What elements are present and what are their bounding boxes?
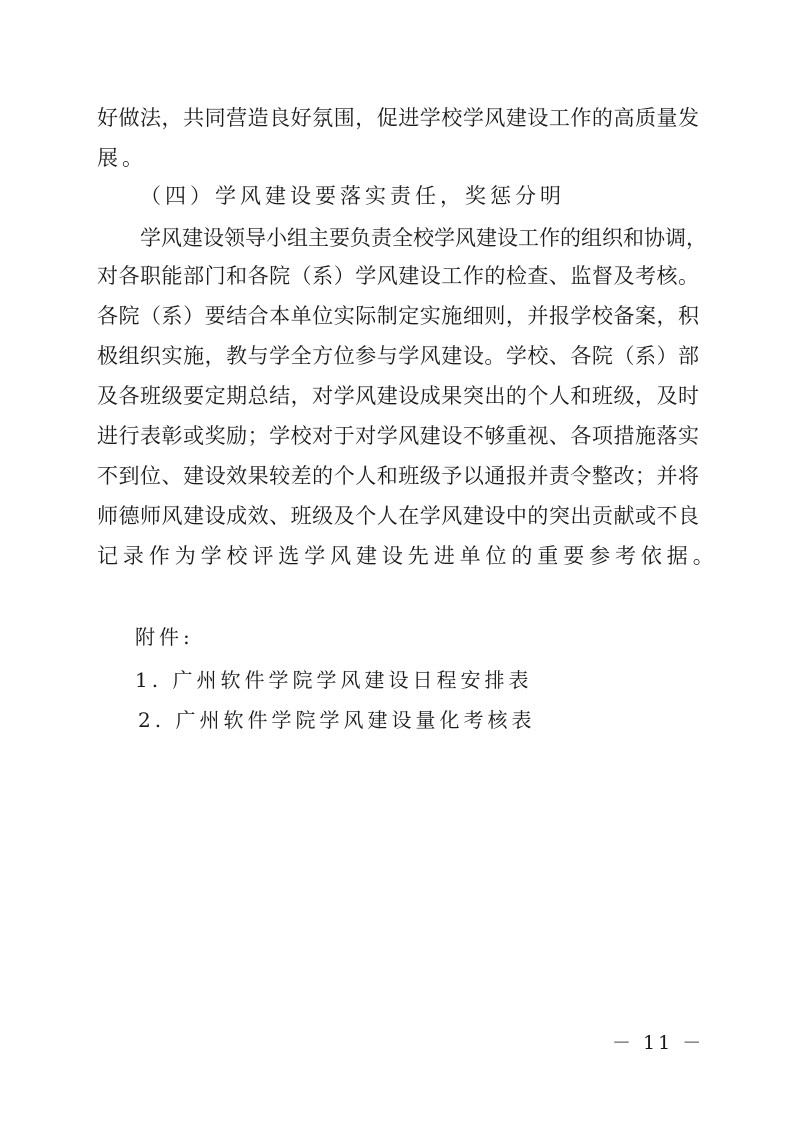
section-heading: （四）学风建设要落实责任，奖惩分明 [140, 181, 565, 211]
paragraph-line: 对各职能部门和各院（系）学风建设工作的检查、监督及考核。 [97, 261, 699, 291]
paragraph-line: 极组织实施，教与学全方位参与学风建设。学校、各院（系）部 [97, 341, 699, 371]
attachments-label: 附件: [135, 622, 194, 652]
paragraph-line: 进行表彰或奖励；学校对于对学风建设不够重视、各项措施落实 [97, 421, 699, 451]
attachment-item: 1. 广州软件学院学风建设日程安排表 [135, 665, 532, 695]
paragraph-line-last: 记录作为学校评选学风建设先进单位的重要参考依据。 [97, 541, 699, 571]
paragraph-line: 展。 [97, 143, 699, 173]
paragraph-line: 不到位、建设效果较差的个人和班级予以通报并责令整改；并将 [97, 461, 699, 491]
paragraph-line: 及各班级要定期总结，对学风建设成果突出的个人和班级，及时 [97, 381, 699, 411]
paragraph-line: 好做法，共同营造良好氛围，促进学校学风建设工作的高质量发 [97, 103, 699, 133]
paragraph-line: 各院（系）要结合本单位实际制定实施细则，并报学校备案，积 [97, 301, 699, 331]
paragraph-line-first: 学风建设领导小组主要负责全校学风建设工作的组织和协调， [140, 223, 699, 253]
page-number: － 11 － [612, 1030, 704, 1056]
document-page: 好做法，共同营造良好氛围，促进学校学风建设工作的高质量发 展。 （四）学风建设要… [0, 0, 793, 1122]
paragraph-line: 师德师风建设成效、班级及个人在学风建设中的突出贡献或不良 [97, 501, 699, 531]
attachment-item: 2. 广州软件学院学风建设量化考核表 [138, 705, 535, 735]
